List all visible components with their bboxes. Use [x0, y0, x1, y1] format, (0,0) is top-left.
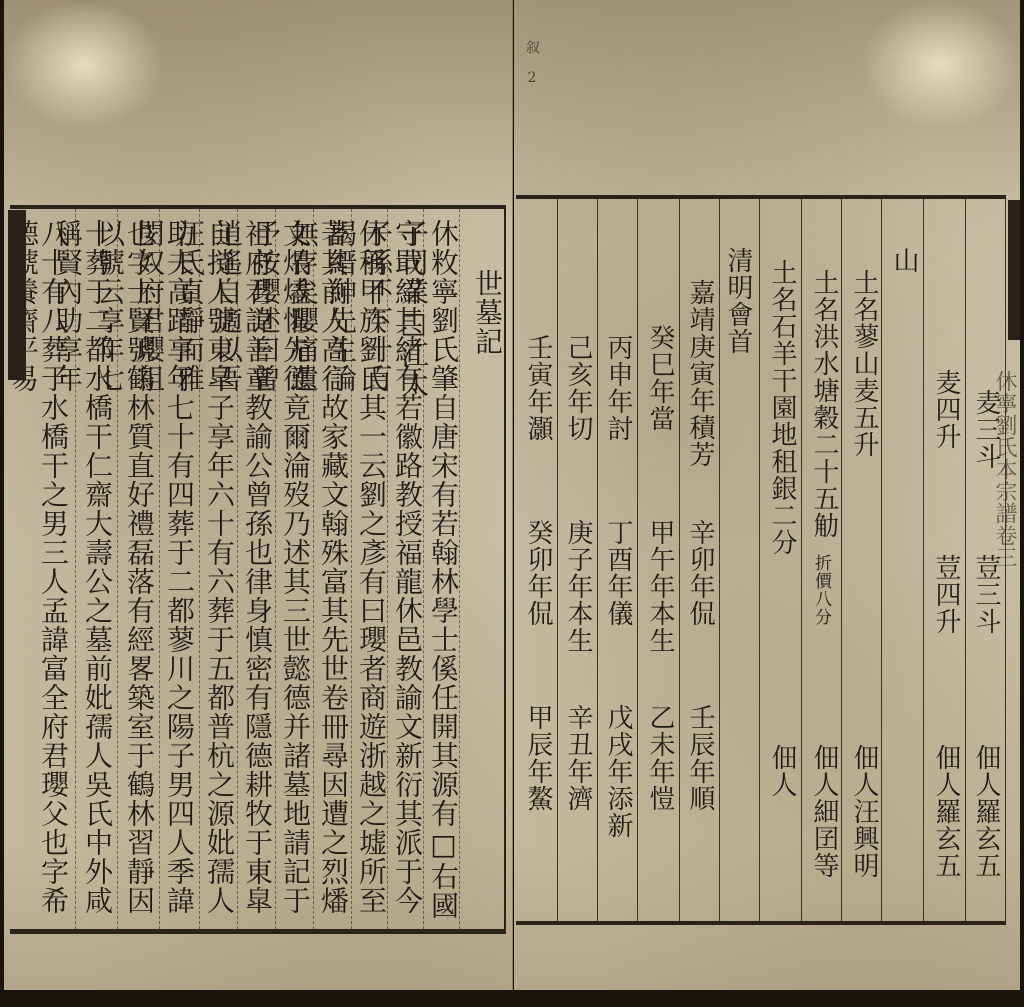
- ledger-entry-tenant: 佃人羅玄五: [972, 744, 1000, 879]
- binding-edge: [8, 210, 26, 380]
- column-rule: [881, 199, 882, 921]
- column-rule: [351, 209, 352, 929]
- column-rule: [159, 209, 160, 929]
- ledger-entry-land: 土名洪水塘穀二十五觔: [810, 269, 838, 539]
- column-rule: [923, 199, 924, 921]
- year-entry: 嘉靖庚寅年積芳: [686, 279, 714, 468]
- year-entry: 戊戌年添新: [604, 704, 632, 839]
- ledger-entry-tenant: 佃人細囝等: [810, 744, 838, 879]
- year-entry: 己亥年切: [564, 334, 592, 442]
- text-column: 文煨燼懼先德竟爾淪歿乃述其三世懿德并諸墓地請記于予按瓔述曰曾: [278, 209, 310, 939]
- left-text-frame: 世墓記 休敉寧劉氏肇自唐宋有若翰林學士傒任開其源有□右國子司業□江太 守戢紹其緒…: [10, 205, 506, 934]
- column-rule: [719, 199, 720, 921]
- paper-highlight: [860, 0, 1020, 130]
- ledger-entry-beans: 荳四升: [932, 554, 960, 635]
- ledger-entry-tenant: 佃人汪興明: [850, 744, 878, 879]
- year-entry: 庚子年本生: [564, 519, 592, 654]
- text-column: 助夫高蹈享年七十有四葬于二都蓼川之陽子男四人季諱閔奴府君瓔祖: [162, 209, 194, 939]
- paper-highlight: [4, 0, 164, 130]
- year-entry: 癸卯年侃: [524, 519, 552, 627]
- year-entry: 癸巳年當: [646, 324, 674, 432]
- ledger-entry-tenant: 佃人羅玄五: [932, 744, 960, 879]
- column-rule: [75, 209, 76, 929]
- ledger-entry-land: 土名蓼山麦五升: [850, 269, 878, 458]
- qingming-heading: 清明會首: [724, 247, 752, 355]
- ledger-entry-land: 土名石羊干園地租銀二分: [768, 259, 796, 556]
- year-entry: 辛卯年侃: [686, 519, 714, 627]
- column-rule: [237, 209, 238, 929]
- ledger-entry-grain: 麦四升: [932, 369, 960, 450]
- year-entry: 甲午年本生: [646, 519, 674, 654]
- year-entry: 壬辰年順: [686, 704, 714, 812]
- text-column: 八十有八葬于水橋干之男三人孟諱富全府君瓔父也字希德號養齋平易: [36, 209, 68, 939]
- column-rule: [841, 199, 842, 921]
- ledger-note: 折價八分: [812, 554, 830, 626]
- text-column: 也字士賢號鶴林質直好禮磊落有經畧築室于鶴林習靜因以號云享年七: [122, 209, 154, 939]
- year-entry: 丁酉年儀: [604, 519, 632, 627]
- column-rule: [597, 199, 598, 921]
- section-title: 世墓記: [462, 209, 502, 989]
- year-entry: 乙未年愷: [646, 704, 674, 812]
- year-entry: 甲辰年鰲: [524, 704, 552, 812]
- margin-mark: 叙 2: [522, 40, 542, 86]
- column-rule: [199, 209, 200, 929]
- ledger-frame: 麦三斗 荳三斗 佃人羅玄五 麦四升 荳四升 佃人羅玄五 山 土名蓼山麦五升 佃人…: [516, 195, 1006, 925]
- left-page: 世墓記 休敉寧劉氏肇自唐宋有若翰林學士傒任開其源有□右國子司業□江太 守戢紹其緒…: [4, 0, 513, 990]
- category-heading: 山: [890, 247, 918, 274]
- column-rule: [759, 199, 760, 921]
- text-column: 著其前人高行故家藏文翰殊富其先世卷冊尋因遭之烈燔無存矣瓔痛遺: [316, 209, 348, 939]
- spine-edge: [1008, 200, 1020, 340]
- column-rule: [275, 209, 276, 929]
- year-entry: 辛丑年濟: [564, 704, 592, 812]
- right-page: 叙 2 麦三斗 荳三斗 佃人羅玄五 麦: [514, 0, 1020, 990]
- text-column: 自持人號東皐子享年六十有六葬于五都普杭之源妣孺人汪氏貞靜而雅: [202, 209, 234, 939]
- ledger-entry-tenant: 佃人: [768, 744, 796, 798]
- text-column: 休敉寧劉氏肇自唐宋有若翰林學士傒任開其源有□右國子司業□江太: [426, 209, 458, 939]
- column-rule: [557, 199, 558, 921]
- book-spread: 世墓記 休敉寧劉氏肇自唐宋有若翰林學士傒任開其源有□右國子司業□江太 守戢紹其緒…: [0, 0, 1024, 992]
- column-rule: [801, 199, 802, 921]
- column-rule: [117, 209, 118, 929]
- text-column: 十葬于二都水橋干仁齋大壽公之墓前妣孺人吳氏中外咸稱賢內助享年: [80, 209, 112, 939]
- column-rule: [637, 199, 638, 921]
- column-rule: [965, 199, 966, 921]
- text-column: 守戢紹其緒有若徽路教授福龍休邑教諭文新衍其派于今子孫不下十百: [390, 209, 422, 939]
- spine-title: 休寧劉氏本宗譜卷三: [989, 370, 1020, 568]
- text-column: 祖府君諱善童教諭公曾孫也律身慎密有隱德耕牧于東皐逍遙自適以吾: [240, 209, 272, 939]
- year-entry: 壬寅年灝: [524, 334, 552, 442]
- text-column: 休稱甲族劉氏其一云劉之彥有曰瓔者商遊浙越之墟所至謁縉紳先生論: [354, 209, 386, 939]
- year-entry: 丙申年討: [604, 334, 632, 442]
- column-rule: [679, 199, 680, 921]
- column-rule: [313, 209, 314, 929]
